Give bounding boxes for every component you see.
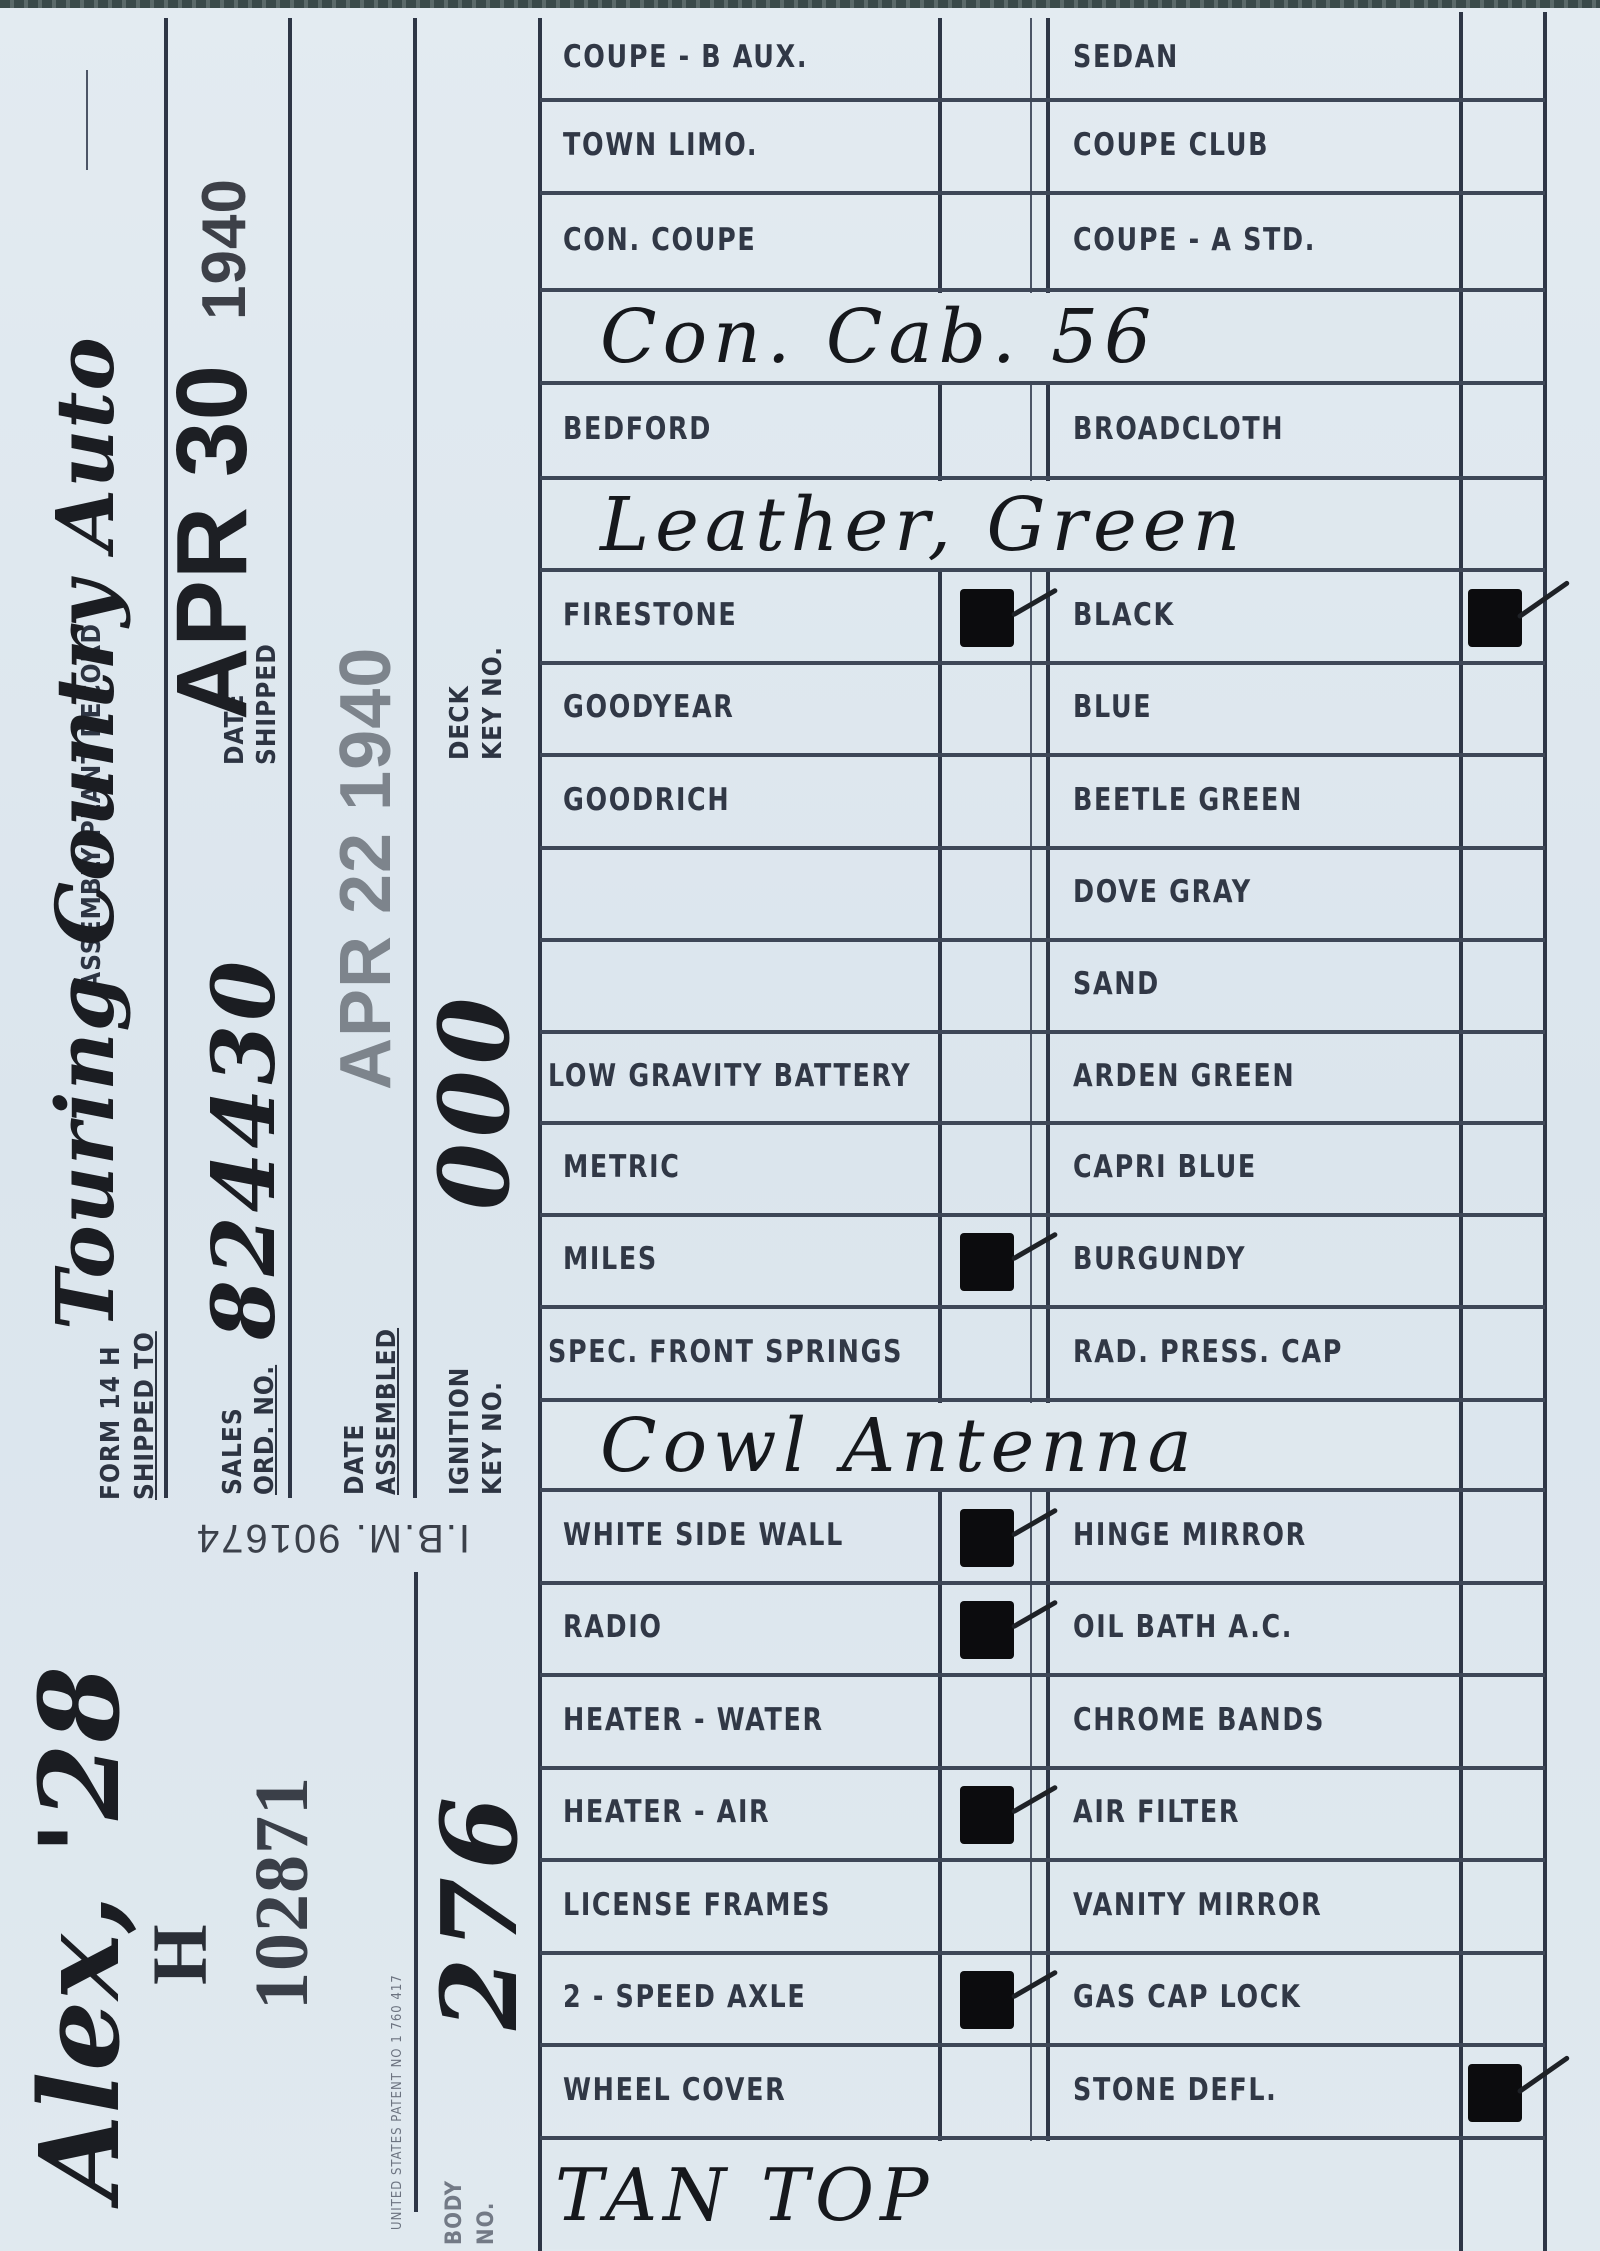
option-label-right: BURGUNDY	[1073, 1241, 1246, 1277]
deck-key-label-1: DECK	[445, 685, 475, 760]
shipped-to-value: Touring Country Auto	[40, 336, 130, 1330]
serial-prefix: H	[140, 1923, 220, 1985]
row-divider	[540, 568, 1545, 572]
option-checkbox-right[interactable]	[1465, 759, 1541, 844]
option-label-right: CHROME BANDS	[1073, 1702, 1325, 1738]
option-label-left: CON. COUPE	[563, 222, 756, 258]
row-divider	[540, 1305, 1545, 1309]
option-checkbox-right[interactable]	[1465, 387, 1541, 474]
row-divider	[540, 1121, 1545, 1125]
option-checkbox-right[interactable]	[1465, 1311, 1541, 1396]
date-shipped-year: 1940	[192, 178, 258, 320]
option-label-right: HINGE MIRROR	[1073, 1517, 1307, 1553]
option-label-right: BEETLE GREEN	[1073, 782, 1303, 818]
sales-ord-label-2: ORD. NO.	[250, 1365, 280, 1495]
option-label-left: COUPE - B AUX.	[563, 39, 808, 75]
ibm-number: I.B.M. 901674	[195, 1515, 470, 1560]
deck-key-label-2: KEY NO.	[478, 646, 508, 760]
form-number: FORM 14 H	[96, 1345, 126, 1500]
option-checkbox-left[interactable]	[944, 852, 1028, 936]
table-check-col-right2	[1459, 12, 1463, 2251]
option-label-left: TOWN LIMO.	[563, 127, 758, 163]
option-checkbox-right[interactable]	[1465, 22, 1541, 96]
option-label-right: DOVE GRAY	[1073, 874, 1252, 910]
option-label-left: HEATER - WATER	[563, 1702, 824, 1738]
option-checkbox-right[interactable]	[1465, 197, 1541, 286]
option-checkbox-left[interactable]	[944, 1679, 1028, 1764]
option-checkbox-left[interactable]	[944, 1311, 1028, 1396]
row-divider	[540, 288, 1545, 292]
patent-text: UNITED STATES PATENT NO 1 760 417	[390, 1974, 405, 2230]
option-label-right: SEDAN	[1073, 39, 1179, 75]
option-label-left: FIRESTONE	[563, 597, 737, 633]
option-checkbox-right[interactable]	[1465, 1772, 1541, 1856]
table-right-border	[1543, 12, 1547, 2251]
row-divider	[540, 1581, 1545, 1585]
date-shipped-stamp: APR 30	[162, 364, 262, 720]
option-label-right: VANITY MIRROR	[1073, 1887, 1322, 1923]
row-divider	[540, 753, 1545, 757]
option-label-left: RADIO	[563, 1609, 663, 1645]
sales-ord-value: 824430	[200, 957, 290, 1340]
option-label-right: CAPRI BLUE	[1073, 1149, 1257, 1185]
date-assembled-label-1: DATE	[340, 1424, 370, 1495]
handwritten-entry: Cowl Antenna	[600, 1404, 1198, 1488]
row-divider	[540, 1030, 1545, 1034]
option-label-left: SPEC. FRONT SPRINGS	[548, 1334, 903, 1370]
date-assembled-label-2: ASSEMBLED	[372, 1328, 402, 1495]
option-label-left: 2 - SPEED AXLE	[563, 1979, 806, 2015]
option-label-left: LOW GRAVITY BATTERY	[548, 1058, 911, 1094]
shipped-to-label: SHIPPED TO	[130, 1331, 160, 1500]
sales-ord-label-1: SALES	[218, 1407, 248, 1495]
row-divider	[540, 191, 1545, 195]
option-label-right: BLUE	[1073, 689, 1152, 725]
option-checkbox-right[interactable]	[1465, 1127, 1541, 1211]
body-no-value: 276	[425, 1789, 535, 2030]
option-checkbox-right[interactable]	[1465, 852, 1541, 936]
option-checkbox-right[interactable]	[1465, 667, 1541, 751]
row-divider	[540, 1766, 1545, 1770]
option-checkbox-left[interactable]	[944, 759, 1028, 844]
dealer-note: Alex, '28	[20, 1665, 140, 2200]
option-checkbox-left[interactable]	[944, 2049, 1028, 2134]
option-label-left: GOODRICH	[563, 782, 730, 818]
option-label-left: GOODYEAR	[563, 689, 734, 725]
check-mark-filled-icon	[960, 1509, 1014, 1567]
handwritten-entry: Con. Cab. 56	[600, 294, 1157, 381]
option-checkbox-left[interactable]	[944, 944, 1028, 1028]
check-mark-filled-icon	[960, 589, 1014, 647]
body-no-label-2: NO.	[472, 2202, 502, 2245]
row-divider	[540, 1213, 1545, 1217]
row-divider	[540, 381, 1545, 385]
column-rule	[164, 18, 168, 1498]
title-rule	[86, 70, 88, 170]
check-mark-filled-icon	[960, 1233, 1014, 1291]
option-checkbox-right[interactable]	[1465, 944, 1541, 1028]
check-mark-filled-icon	[960, 1971, 1014, 2029]
option-label-right: GAS CAP LOCK	[1073, 1979, 1301, 2015]
option-checkbox-left[interactable]	[944, 104, 1028, 189]
row-divider	[540, 846, 1545, 850]
option-checkbox-left[interactable]	[944, 1127, 1028, 1211]
row-divider	[540, 1951, 1545, 1955]
check-mark-filled-icon	[1468, 2064, 1522, 2122]
option-checkbox-left[interactable]	[944, 197, 1028, 286]
option-checkbox-right[interactable]	[1465, 1864, 1541, 1949]
row-divider	[540, 661, 1545, 665]
check-mark-filled-icon	[1468, 589, 1522, 647]
option-checkbox-left[interactable]	[944, 667, 1028, 751]
option-label-right: BLACK	[1073, 597, 1175, 633]
serial-number: 102871	[240, 1776, 324, 2010]
row-divider	[540, 938, 1545, 942]
option-checkbox-right[interactable]	[1465, 1679, 1541, 1764]
option-label-left: WHITE SIDE WALL	[563, 1517, 844, 1553]
row-divider	[540, 1673, 1545, 1677]
option-checkbox-right[interactable]	[1465, 1587, 1541, 1671]
body-no-label-1: BODY	[440, 2180, 470, 2245]
row-divider	[540, 98, 1545, 102]
option-checkbox-left[interactable]	[944, 387, 1028, 474]
date-assembled-stamp: APR 22 1940	[328, 647, 404, 1090]
handwritten-entry: TAN TOP	[555, 2142, 934, 2249]
row-divider	[540, 2136, 1545, 2140]
row-divider	[540, 2043, 1545, 2047]
option-label-right: BROADCLOTH	[1073, 411, 1284, 447]
option-label-left: BEDFORD	[563, 411, 712, 447]
option-checkbox-left[interactable]	[944, 1864, 1028, 1949]
option-checkbox-right[interactable]	[1465, 104, 1541, 189]
row-divider	[540, 1858, 1545, 1862]
option-label-right: OIL BATH A.C.	[1073, 1609, 1293, 1645]
option-label-right: AIR FILTER	[1073, 1794, 1240, 1830]
check-mark-filled-icon	[960, 1601, 1014, 1659]
option-checkbox-right[interactable]	[1465, 1036, 1541, 1119]
handwritten-entry: Leather, Green	[600, 482, 1246, 568]
option-label-right: STONE DEFL.	[1073, 2072, 1277, 2108]
option-checkbox-left[interactable]	[944, 1036, 1028, 1119]
option-label-right: SAND	[1073, 966, 1160, 1002]
option-checkbox-right[interactable]	[1465, 1494, 1541, 1579]
check-mark-filled-icon	[960, 1786, 1014, 1844]
column-rule	[413, 18, 417, 1498]
ignition-key-value: 000	[425, 992, 525, 1210]
perforated-top-edge	[0, 0, 1600, 8]
option-label-left: HEATER - AIR	[563, 1794, 770, 1830]
option-checkbox-right[interactable]	[1465, 1957, 1541, 2041]
assembly-plant-record-card: ASSEMBLY PLANT RECORD FORM 14 H SHIPPED …	[0, 0, 1600, 2251]
row-divider	[540, 476, 1545, 480]
option-label-left: WHEEL COVER	[563, 2072, 786, 2108]
ignition-key-label-1: IGNITION	[445, 1367, 475, 1495]
option-label-left: LICENSE FRAMES	[563, 1887, 831, 1923]
option-label-right: COUPE CLUB	[1073, 127, 1269, 163]
option-checkbox-left[interactable]	[944, 22, 1028, 96]
table-left-border	[538, 18, 542, 2251]
row-divider	[540, 1398, 1545, 1402]
option-label-right: RAD. PRESS. CAP	[1073, 1334, 1343, 1370]
option-label-left: MILES	[563, 1241, 658, 1277]
option-label-right: ARDEN GREEN	[1073, 1058, 1295, 1094]
option-checkbox-right[interactable]	[1465, 1219, 1541, 1303]
option-label-right: COUPE - A STD.	[1073, 222, 1316, 258]
ignition-key-label-2: KEY NO.	[478, 1381, 508, 1495]
option-label-left: METRIC	[563, 1149, 681, 1185]
